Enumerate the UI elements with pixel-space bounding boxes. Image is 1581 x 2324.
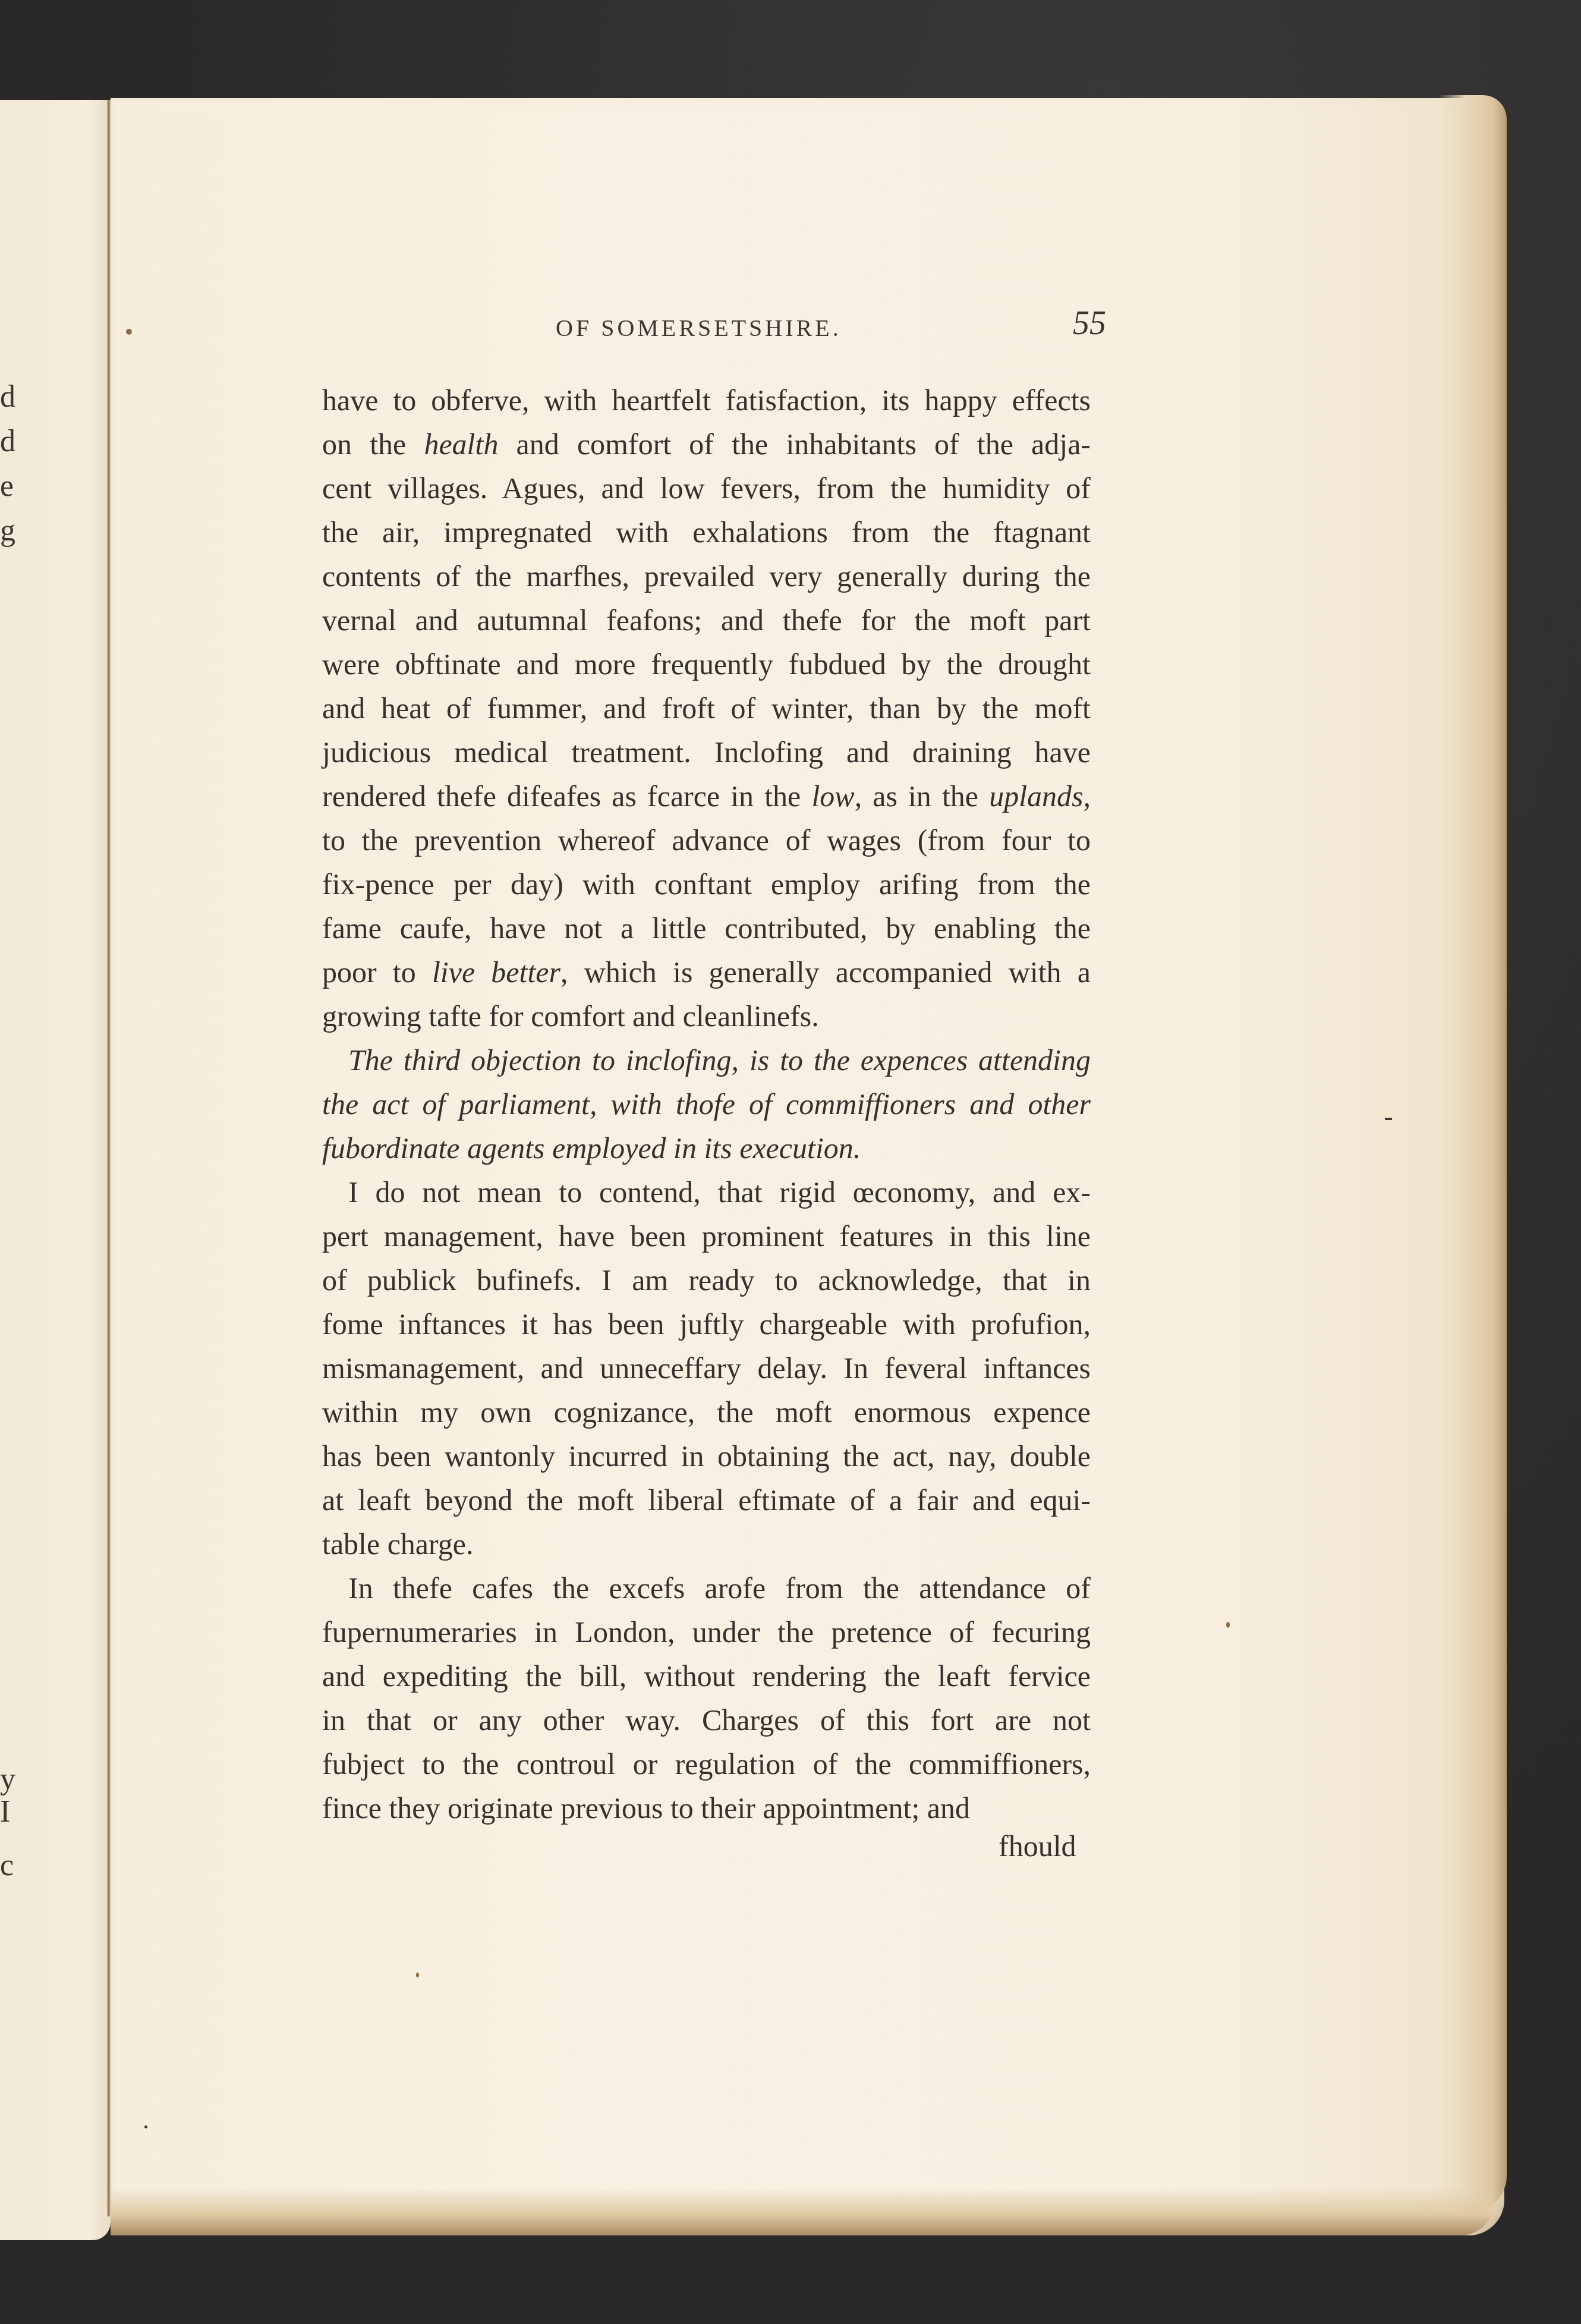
text-line: I do not mean to contend, that rigid œco… (322, 1170, 1091, 1214)
text-line: cent villages. Agues, and low fevers, fr… (322, 466, 1091, 510)
text-line: fix-pence per day) with conftant employ … (322, 862, 1091, 906)
foxing-spot (416, 1973, 419, 1977)
text-line: on the health and comfort of the inhabit… (322, 422, 1091, 466)
text-line: the air, impregnated with exhalations fr… (322, 510, 1091, 554)
left-page-fragment: I (0, 1794, 10, 1829)
left-page-fragment: e (0, 468, 14, 504)
catchword: fhould (999, 1829, 1076, 1863)
paragraph-italic-objection: The third objection to inclofing, is to … (322, 1038, 1091, 1170)
ink-speck (126, 329, 132, 335)
text-line: The third objection to inclofing, is to … (322, 1038, 1091, 1082)
text-line: fubject to the controul or regulation of… (322, 1742, 1091, 1786)
text-line: pert management, have been prominent fea… (322, 1214, 1091, 1258)
paragraph-continuation: have to obferve, with heartfelt fatisfac… (322, 378, 1091, 1038)
text-line: of publick bufinefs. I am ready to ackno… (322, 1258, 1091, 1302)
page-bottom-edge (111, 2188, 1495, 2235)
text-line: fubordinate agents employed in its execu… (322, 1126, 1091, 1170)
text-line: at leaft beyond the moft liberal eftimat… (322, 1478, 1091, 1522)
foxing-spot (1226, 1622, 1230, 1628)
text-line: rendered thefe difeafes as fcarce in the… (322, 774, 1091, 818)
text-line: vernal and autumnal feafons; and thefe f… (322, 598, 1091, 642)
text-line: to the prevention whereof advance of wag… (322, 818, 1091, 862)
page-number: 55 (1073, 304, 1106, 342)
left-page-fragment: d (0, 424, 15, 459)
text-line: table charge. (322, 1522, 1091, 1566)
left-page-edge: d d e g y I c (0, 100, 111, 2240)
text-line: fome inftances it has been juftly charge… (322, 1302, 1091, 1346)
text-line: fame caufe, have not a little contribute… (322, 906, 1091, 950)
text-line: fince they originate previous to their a… (322, 1786, 1091, 1830)
text-line: In thefe cafes the excefs arofe from the… (322, 1566, 1091, 1610)
running-head: OF SOMERSETSHIRE. (556, 314, 842, 342)
left-page-fragment: d (0, 379, 15, 414)
text-line: in that or any other way. Charges of thi… (322, 1698, 1091, 1742)
left-page-fragment: g (0, 513, 15, 548)
left-page-fragment: y (0, 1762, 15, 1797)
text-line: were obftinate and more frequently fubdu… (322, 642, 1091, 686)
text-line: contents of the marfhes, prevailed very … (322, 554, 1091, 598)
page-fore-edge (1438, 95, 1507, 2212)
ink-speck (144, 2125, 147, 2128)
text-line: and expediting the bill, without renderi… (322, 1654, 1091, 1698)
text-line: mismanagement, and unneceffary delay. In… (322, 1346, 1091, 1390)
text-line: have to obferve, with heartfelt fatisfac… (322, 378, 1091, 422)
body-text: have to obferve, with heartfelt fatisfac… (322, 378, 1091, 1830)
text-line: and heat of fummer, and froft of winter,… (322, 686, 1091, 730)
paragraph-body: I do not mean to contend, that rigid œco… (322, 1170, 1091, 1566)
text-line: poor to live better, which is generally … (322, 950, 1091, 994)
text-line: judicious medical treatment. Inclofing a… (322, 730, 1091, 774)
left-page-fragment: c (0, 1848, 14, 1883)
text-line: fupernumeraries in London, under the pre… (322, 1610, 1091, 1654)
paragraph-body: In thefe cafes the excefs arofe from the… (322, 1566, 1091, 1830)
text-line: growing tafte for comfort and cleanlinef… (322, 994, 1091, 1038)
text-line: within my own cognizance, the moft enorm… (322, 1390, 1091, 1434)
margin-dash-mark (1385, 1118, 1392, 1120)
text-line: the act of parliament, with thofe of com… (322, 1082, 1091, 1126)
text-line: has been wantonly incurred in obtaining … (322, 1434, 1091, 1478)
